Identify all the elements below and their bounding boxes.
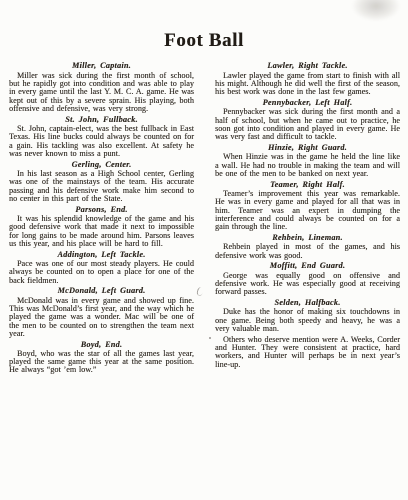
player-heading: McDonald, Left Guard. xyxy=(9,286,194,295)
player-heading: Selden, Halfback. xyxy=(215,298,400,307)
section-teamer: Teamer, Right Half. Teamer’s improvement… xyxy=(215,180,400,232)
left-column: Miller, Captain. Miller was sick during … xyxy=(9,60,194,376)
section-gerling: Gerling, Center. In his last season as a… xyxy=(9,160,194,204)
section-pennybacker: Pennybacker, Left Half. Pennybacker was … xyxy=(215,98,400,142)
player-paragraph: When Hinzie was in the game he held the … xyxy=(215,153,400,178)
player-paragraph: In his last season as a High School cent… xyxy=(9,170,194,203)
player-heading: Addington, Left Tackle. xyxy=(9,250,194,259)
player-paragraph: St. John, captain-elect, was the best fu… xyxy=(9,125,194,158)
section-boyd: Boyd, End. Boyd, who was the star of all… xyxy=(9,340,194,375)
closing-paragraph: Others who deserve mention were A. Weeks… xyxy=(215,336,400,369)
player-heading: Miller, Captain. xyxy=(9,61,194,70)
player-heading: Teamer, Right Half. xyxy=(215,180,400,189)
player-heading: St. John, Fullback. xyxy=(9,115,194,124)
player-paragraph: Pennybacker was sick during the first mo… xyxy=(215,108,400,141)
player-paragraph: Teamer’s improvement this year was remar… xyxy=(215,190,400,231)
section-mcdonald: McDonald, Left Guard. McDonald was in ev… xyxy=(9,286,194,338)
player-paragraph: George was equally good on offensive and… xyxy=(215,272,400,297)
player-paragraph: Boyd, who was the star of all the games … xyxy=(9,350,194,375)
section-st-john: St. John, Fullback. St. John, captain-el… xyxy=(9,115,194,159)
player-heading: Boyd, End. xyxy=(9,340,194,349)
page-title: Foot Ball xyxy=(0,0,408,52)
player-paragraph: Pace was one of our most steady players.… xyxy=(9,260,194,285)
section-parsons: Parsons, End. It was his splendid knowle… xyxy=(9,205,194,249)
player-paragraph: It was his splendid knowledge of the gam… xyxy=(9,215,194,248)
two-column-layout: Miller, Captain. Miller was sick during … xyxy=(0,52,408,376)
section-miller: Miller, Captain. Miller was sick during … xyxy=(9,61,194,113)
player-paragraph: Duke has the honor of making six touchdo… xyxy=(215,308,400,333)
player-heading: Pennybacker, Left Half. xyxy=(215,98,400,107)
player-heading: Gerling, Center. xyxy=(9,160,194,169)
player-paragraph: Miller was sick during the first month o… xyxy=(9,72,194,113)
section-hinzie: Hinzie, Right Guard. When Hinzie was in … xyxy=(215,143,400,178)
section-lawler: Lawler, Right Tackle. Lawler played the … xyxy=(215,61,400,96)
player-heading: Hinzie, Right Guard. xyxy=(215,143,400,152)
player-paragraph: McDonald was in every game and showed up… xyxy=(9,297,194,338)
section-addington: Addington, Left Tackle. Pace was one of … xyxy=(9,250,194,285)
player-paragraph: Rehbein played in most of the games, and… xyxy=(215,243,400,260)
scanned-page: Foot Ball Miller, Captain. Miller was si… xyxy=(0,0,408,500)
section-rehbein: Rehbein, Lineman. Rehbein played in most… xyxy=(215,233,400,260)
scan-dot-artifact xyxy=(209,337,211,339)
player-heading: Moffitt, End Guard. xyxy=(215,261,400,270)
section-moffitt: Moffitt, End Guard. George was equally g… xyxy=(215,261,400,296)
section-selden: Selden, Halfback. Duke has the honor of … xyxy=(215,298,400,333)
player-heading: Rehbein, Lineman. xyxy=(215,233,400,242)
right-column: Lawler, Right Tackle. Lawler played the … xyxy=(215,60,400,376)
player-paragraph: Lawler played the game from start to fin… xyxy=(215,72,400,97)
player-heading: Parsons, End. xyxy=(9,205,194,214)
player-heading: Lawler, Right Tackle. xyxy=(215,61,400,70)
